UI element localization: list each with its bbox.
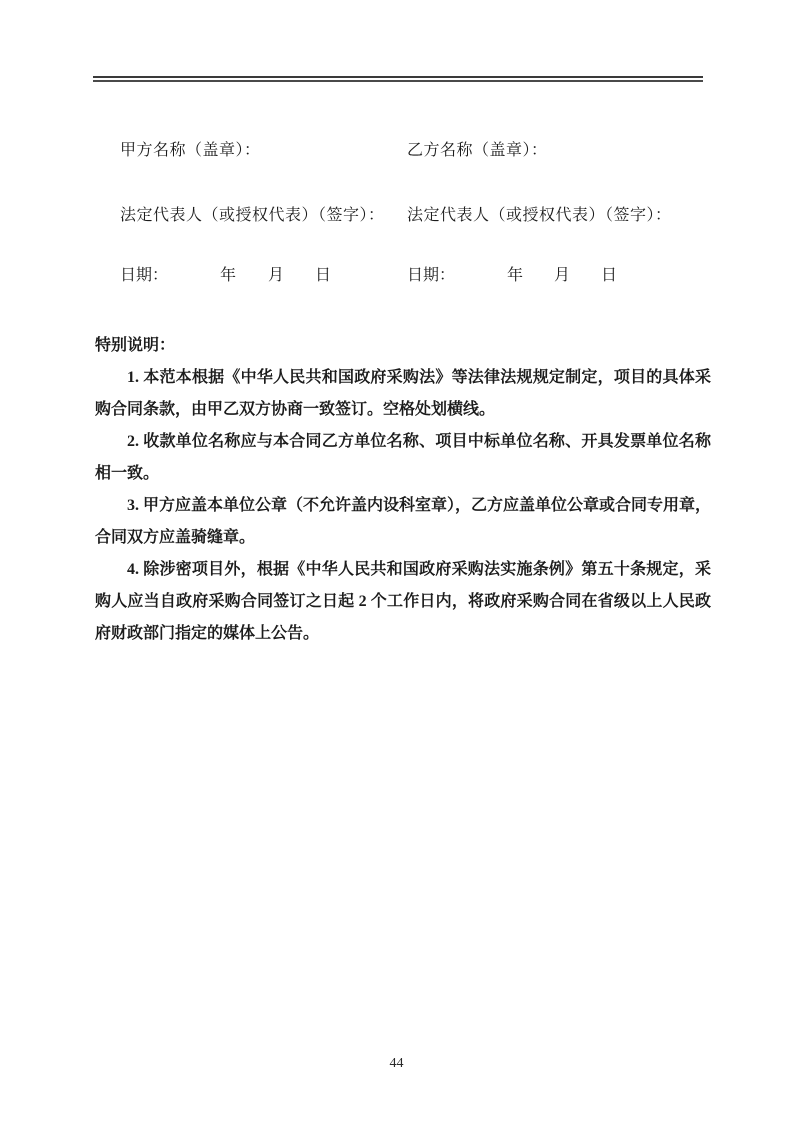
document-page: 甲方名称（盖章）： 乙方名称（盖章）： 法定代表人（或授权代表）（签字）： 法定…	[0, 0, 793, 1122]
special-note-item-4: 4. 除涉密项目外，根据《中华人民共和国政府采购法实施条例》第五十条规定，采购人…	[95, 554, 711, 650]
special-notes-title: 特别说明：	[95, 330, 711, 362]
party-b-year-label: 年	[507, 262, 523, 285]
special-note-item-3: 3. 甲方应盖本单位公章（不允许盖内设科室章），乙方应盖单位公章或合同专用章，合…	[95, 490, 711, 554]
special-note-item-1: 1. 本范本根据《中华人民共和国政府采购法》等法律法规规定制定，项目的具体采购合…	[95, 362, 711, 426]
party-a-month-label: 月	[268, 262, 284, 285]
party-b-day-label: 日	[601, 262, 617, 285]
party-b-date-label: 日期：	[407, 262, 455, 285]
party-a-name-label: 甲方名称（盖章）：	[120, 137, 261, 160]
party-a-date-label: 日期：	[120, 262, 168, 285]
special-note-item-2: 2. 收款单位名称应与本合同乙方单位名称、项目中标单位名称、开具发票单位名称相一…	[95, 426, 711, 490]
page-number: 44	[0, 1056, 793, 1072]
party-a-legal-rep-label: 法定代表人（或授权代表）（签字）：	[120, 202, 385, 225]
special-notes-section: 特别说明： 1. 本范本根据《中华人民共和国政府采购法》等法律法规规定制定，项目…	[95, 330, 711, 650]
party-b-name-label: 乙方名称（盖章）：	[407, 137, 548, 160]
party-a-day-label: 日	[315, 262, 331, 285]
party-b-legal-rep-label: 法定代表人（或授权代表）（签字）：	[407, 202, 672, 225]
party-a-year-label: 年	[220, 262, 236, 285]
header-double-rule	[93, 76, 703, 82]
party-b-month-label: 月	[554, 262, 570, 285]
